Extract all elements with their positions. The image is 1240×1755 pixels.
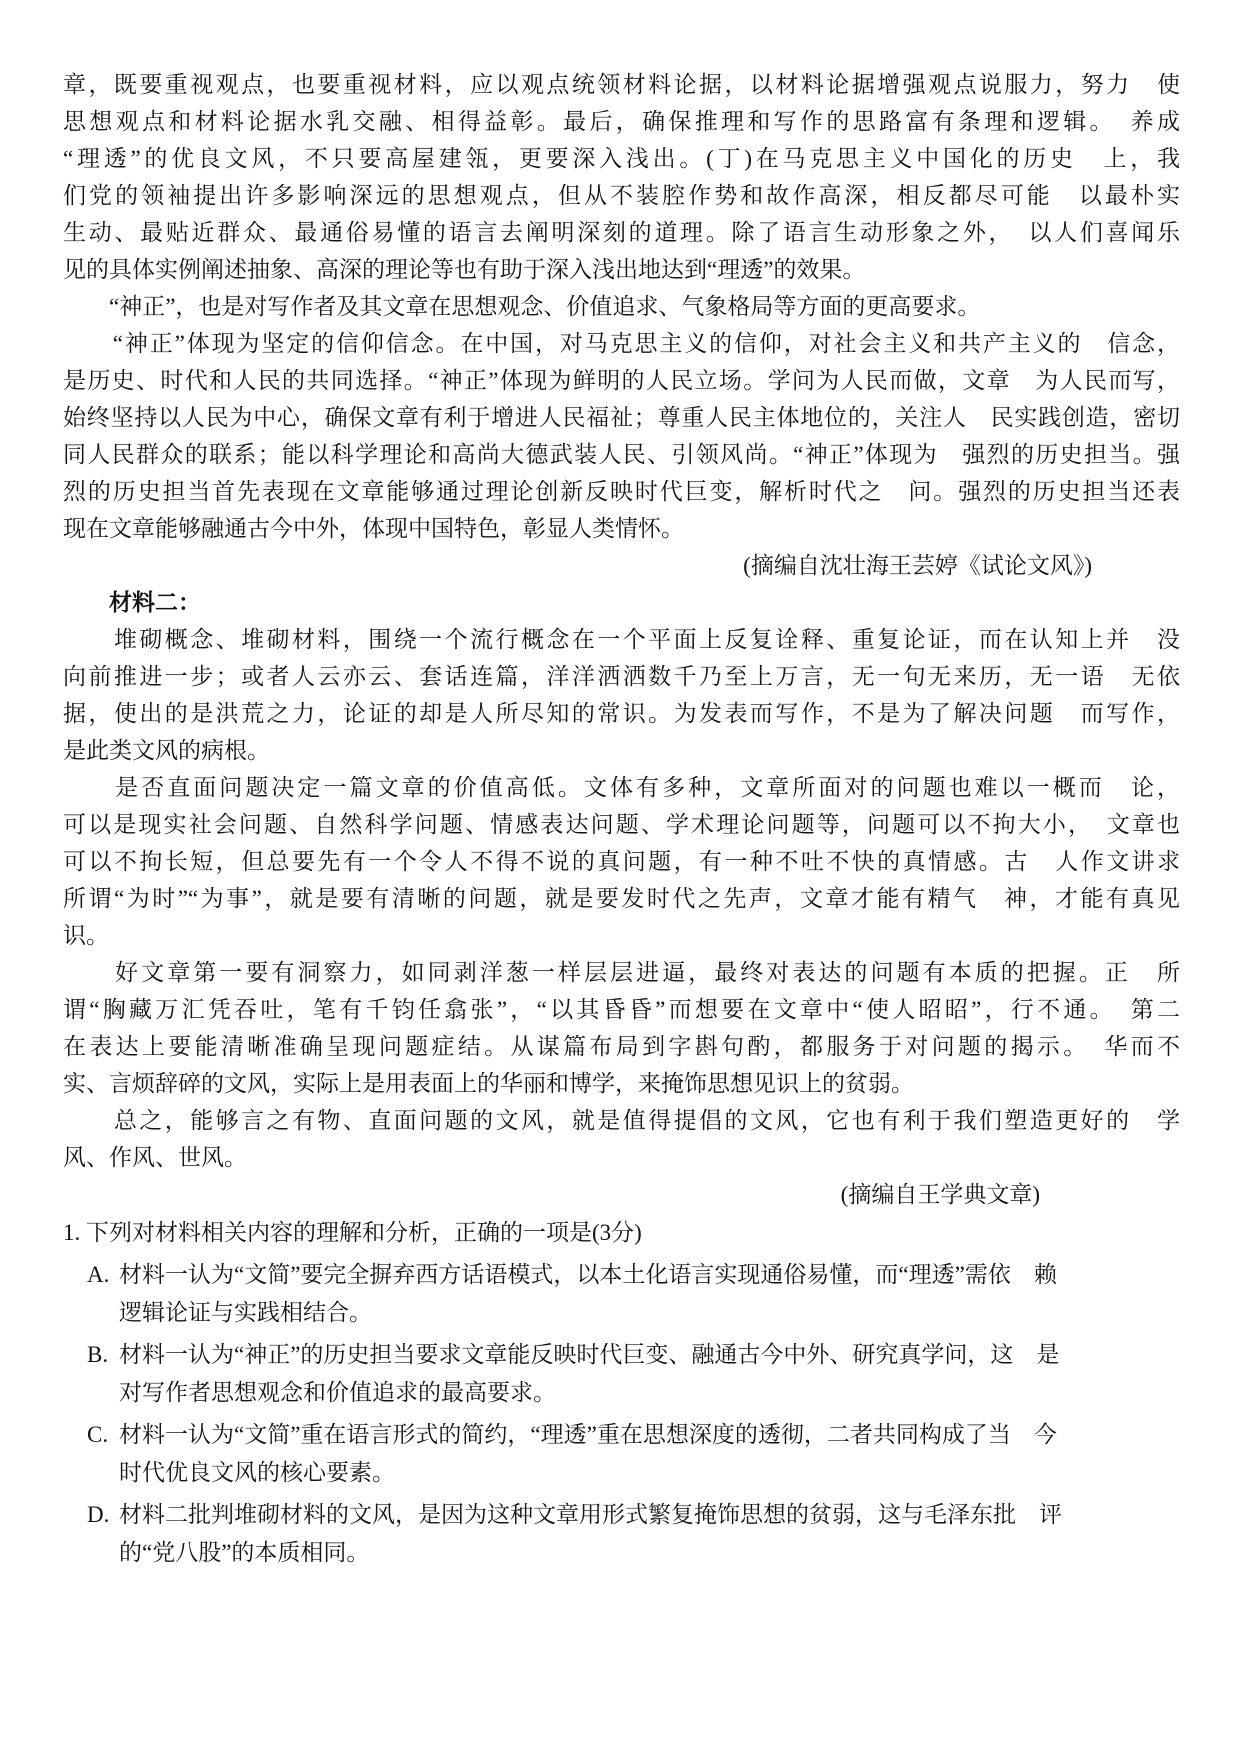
option-b-text: 材料一认为“神正”的历史担当要求文章能反映时代巨变、融通古今中外、研究真学问，这…	[119, 1336, 1180, 1412]
body-line: “理透”的优良文风，不只要高屋建瓴，更要深入浅出。(丁)在马克思主义中国化的历史…	[63, 140, 1180, 177]
body-line: 堆砌概念、堆砌材料，围绕一个流行概念在一个平面上反复诠释、重复论证，而在认知上并…	[63, 621, 1180, 658]
body-line: 可以是现实社会问题、自然科学问题、情感表达问题、学术理论问题等，问题可以不拘大小…	[63, 806, 1180, 843]
body-line: 同人民群众的联系；能以科学理论和高尚大德武装人民、引领风尚。“神正”体现为 强烈…	[63, 436, 1180, 473]
body-line: 好文章第一要有洞察力，如同剥洋葱一样层层进逼，最终对表达的问题有本质的把握。正 …	[63, 954, 1180, 991]
body-line: 向前推进一步；或者人云亦云、套话连篇，洋洋洒洒数千乃至上万言，无一句无来历，无一…	[63, 658, 1180, 695]
material-one-source: (摘编自沈壮海王芸婷《试论文风》)	[63, 547, 1180, 584]
option-line: 材料二批判堆砌材料的文风，是因为这种文章用形式繁复掩饰思想的贫弱，这与毛泽东批 …	[119, 1496, 1180, 1534]
question-stem: 1. 下列对材料相关内容的理解和分析，正确的一项是(3分)	[63, 1214, 1180, 1252]
option-line: 时代优良文风的核心要素。	[119, 1454, 1180, 1492]
body-line: 据，使出的是洪荒之力，论证的却是人所尽知的常识。为发表而写作，不是为了解决问题 …	[63, 695, 1180, 732]
option-line: 的“党八股”的本质相同。	[119, 1534, 1180, 1572]
exam-page: 章，既要重视观点，也要重视材料，应以观点统领材料论据，以材料论据增强观点说服力，…	[0, 0, 1240, 1755]
body-line: “神正”体现为坚定的信仰信念。在中国，对马克思主义的信仰，对社会主义和共产主义的…	[63, 325, 1180, 362]
body-line: 风、作风、世风。	[63, 1139, 1180, 1176]
body-line: 们党的领袖提出许多影响深远的思想观点，但从不装腔作势和故作高深，相反都尽可能 以…	[63, 177, 1180, 214]
option-c-label: C.	[87, 1416, 119, 1454]
material-two-source: (摘编自王学典文章)	[63, 1176, 1180, 1213]
material-two-heading: 材料二：	[63, 584, 1180, 621]
body-line: 可以不拘长短，但总要先有一个令人不得不说的真问题，有一种不吐不快的真情感。古 人…	[63, 843, 1180, 880]
body-line: 思想观点和材料论据水乳交融、相得益彰。最后，确保推理和写作的思路富有条理和逻辑。…	[63, 103, 1180, 140]
body-line: 在表达上要能清晰准确呈现问题症结。从谋篇布局到字斟句酌，都服务于对问题的揭示。 …	[63, 1028, 1180, 1065]
option-d: D. 材料二批判堆砌材料的文风，是因为这种文章用形式繁复掩饰思想的贫弱，这与毛泽…	[63, 1496, 1180, 1572]
document-body: 章，既要重视观点，也要重视材料，应以观点统领材料论据，以材料论据增强观点说服力，…	[63, 66, 1180, 1572]
body-line: 现在文章能够融通古今中外，体现中国特色，彰显人类情怀。	[63, 510, 1180, 547]
body-line: 识。	[63, 917, 1180, 954]
option-line: 逻辑论证与实践相结合。	[119, 1294, 1180, 1332]
body-line: 烈的历史担当首先表现在文章能够通过理论创新反映时代巨变，解析时代之 问。强烈的历…	[63, 473, 1180, 510]
option-line: 材料一认为“文简”要完全摒弃西方话语模式，以本土化语言实现通俗易懂，而“理透”需…	[119, 1256, 1180, 1294]
body-line: 章，既要重视观点，也要重视材料，应以观点统领材料论据，以材料论据增强观点说服力，…	[63, 66, 1180, 103]
option-d-text: 材料二批判堆砌材料的文风，是因为这种文章用形式繁复掩饰思想的贫弱，这与毛泽东批 …	[119, 1496, 1180, 1572]
option-b: B. 材料一认为“神正”的历史担当要求文章能反映时代巨变、融通古今中外、研究真学…	[63, 1336, 1180, 1412]
body-line: 所谓“为时”“为事”，就是要有清晰的问题，就是要发时代之先声，文章才能有精气 神…	[63, 880, 1180, 917]
body-line: 实、言烦辞碎的文风，实际上是用表面上的华丽和博学，来掩饰思想见识上的贫弱。	[63, 1065, 1180, 1102]
option-d-label: D.	[87, 1496, 119, 1534]
option-b-label: B.	[87, 1336, 119, 1374]
body-line: 是历史、时代和人民的共同选择。“神正”体现为鲜明的人民立场。学问为人民而做，文章…	[63, 362, 1180, 399]
option-line: 对写作者思想观念和价值追求的最高要求。	[119, 1374, 1180, 1412]
option-a: A. 材料一认为“文简”要完全摒弃西方话语模式，以本土化语言实现通俗易懂，而“理…	[63, 1256, 1180, 1332]
option-a-text: 材料一认为“文简”要完全摒弃西方话语模式，以本土化语言实现通俗易懂，而“理透”需…	[119, 1256, 1180, 1332]
option-c-text: 材料一认为“文简”重在语言形式的简约，“理透”重在思想深度的透彻，二者共同构成了…	[119, 1416, 1180, 1492]
body-line: “神正”，也是对写作者及其文章在思想观念、价值追求、气象格局等方面的更高要求。	[63, 288, 1180, 325]
body-line: 是此类文风的病根。	[63, 732, 1180, 769]
option-line: 材料一认为“文简”重在语言形式的简约，“理透”重在思想深度的透彻，二者共同构成了…	[119, 1416, 1180, 1454]
body-line: 见的具体实例阐述抽象、高深的理论等也有助于深入浅出地达到“理透”的效果。	[63, 251, 1180, 288]
body-line: 始终坚持以人民为中心，确保文章有利于增进人民福祉；尊重人民主体地位的，关注人 民…	[63, 399, 1180, 436]
material-two: 材料二： 堆砌概念、堆砌材料，围绕一个流行概念在一个平面上反复诠释、重复论证，而…	[63, 584, 1180, 1213]
body-line: 生动、最贴近群众、最通俗易懂的语言去阐明深刻的道理。除了语言生动形象之外， 以人…	[63, 214, 1180, 251]
option-a-label: A.	[87, 1256, 119, 1294]
body-line: 总之，能够言之有物、直面问题的文风，就是值得提倡的文风，它也有利于我们塑造更好的…	[63, 1102, 1180, 1139]
option-line: 材料一认为“神正”的历史担当要求文章能反映时代巨变、融通古今中外、研究真学问，这…	[119, 1336, 1180, 1374]
question-1: 1. 下列对材料相关内容的理解和分析，正确的一项是(3分) A. 材料一认为“文…	[63, 1214, 1180, 1572]
option-c: C. 材料一认为“文简”重在语言形式的简约，“理透”重在思想深度的透彻，二者共同…	[63, 1416, 1180, 1492]
material-one: 章，既要重视观点，也要重视材料，应以观点统领材料论据，以材料论据增强观点说服力，…	[63, 66, 1180, 584]
body-line: 谓“胸藏万汇凭吞吐，笔有千钧任翕张”，“以其昏昏”而想要在文章中“使人昭昭”，行…	[63, 991, 1180, 1028]
body-line: 是否直面问题决定一篇文章的价值高低。文体有多种，文章所面对的问题也难以一概而 论…	[63, 769, 1180, 806]
